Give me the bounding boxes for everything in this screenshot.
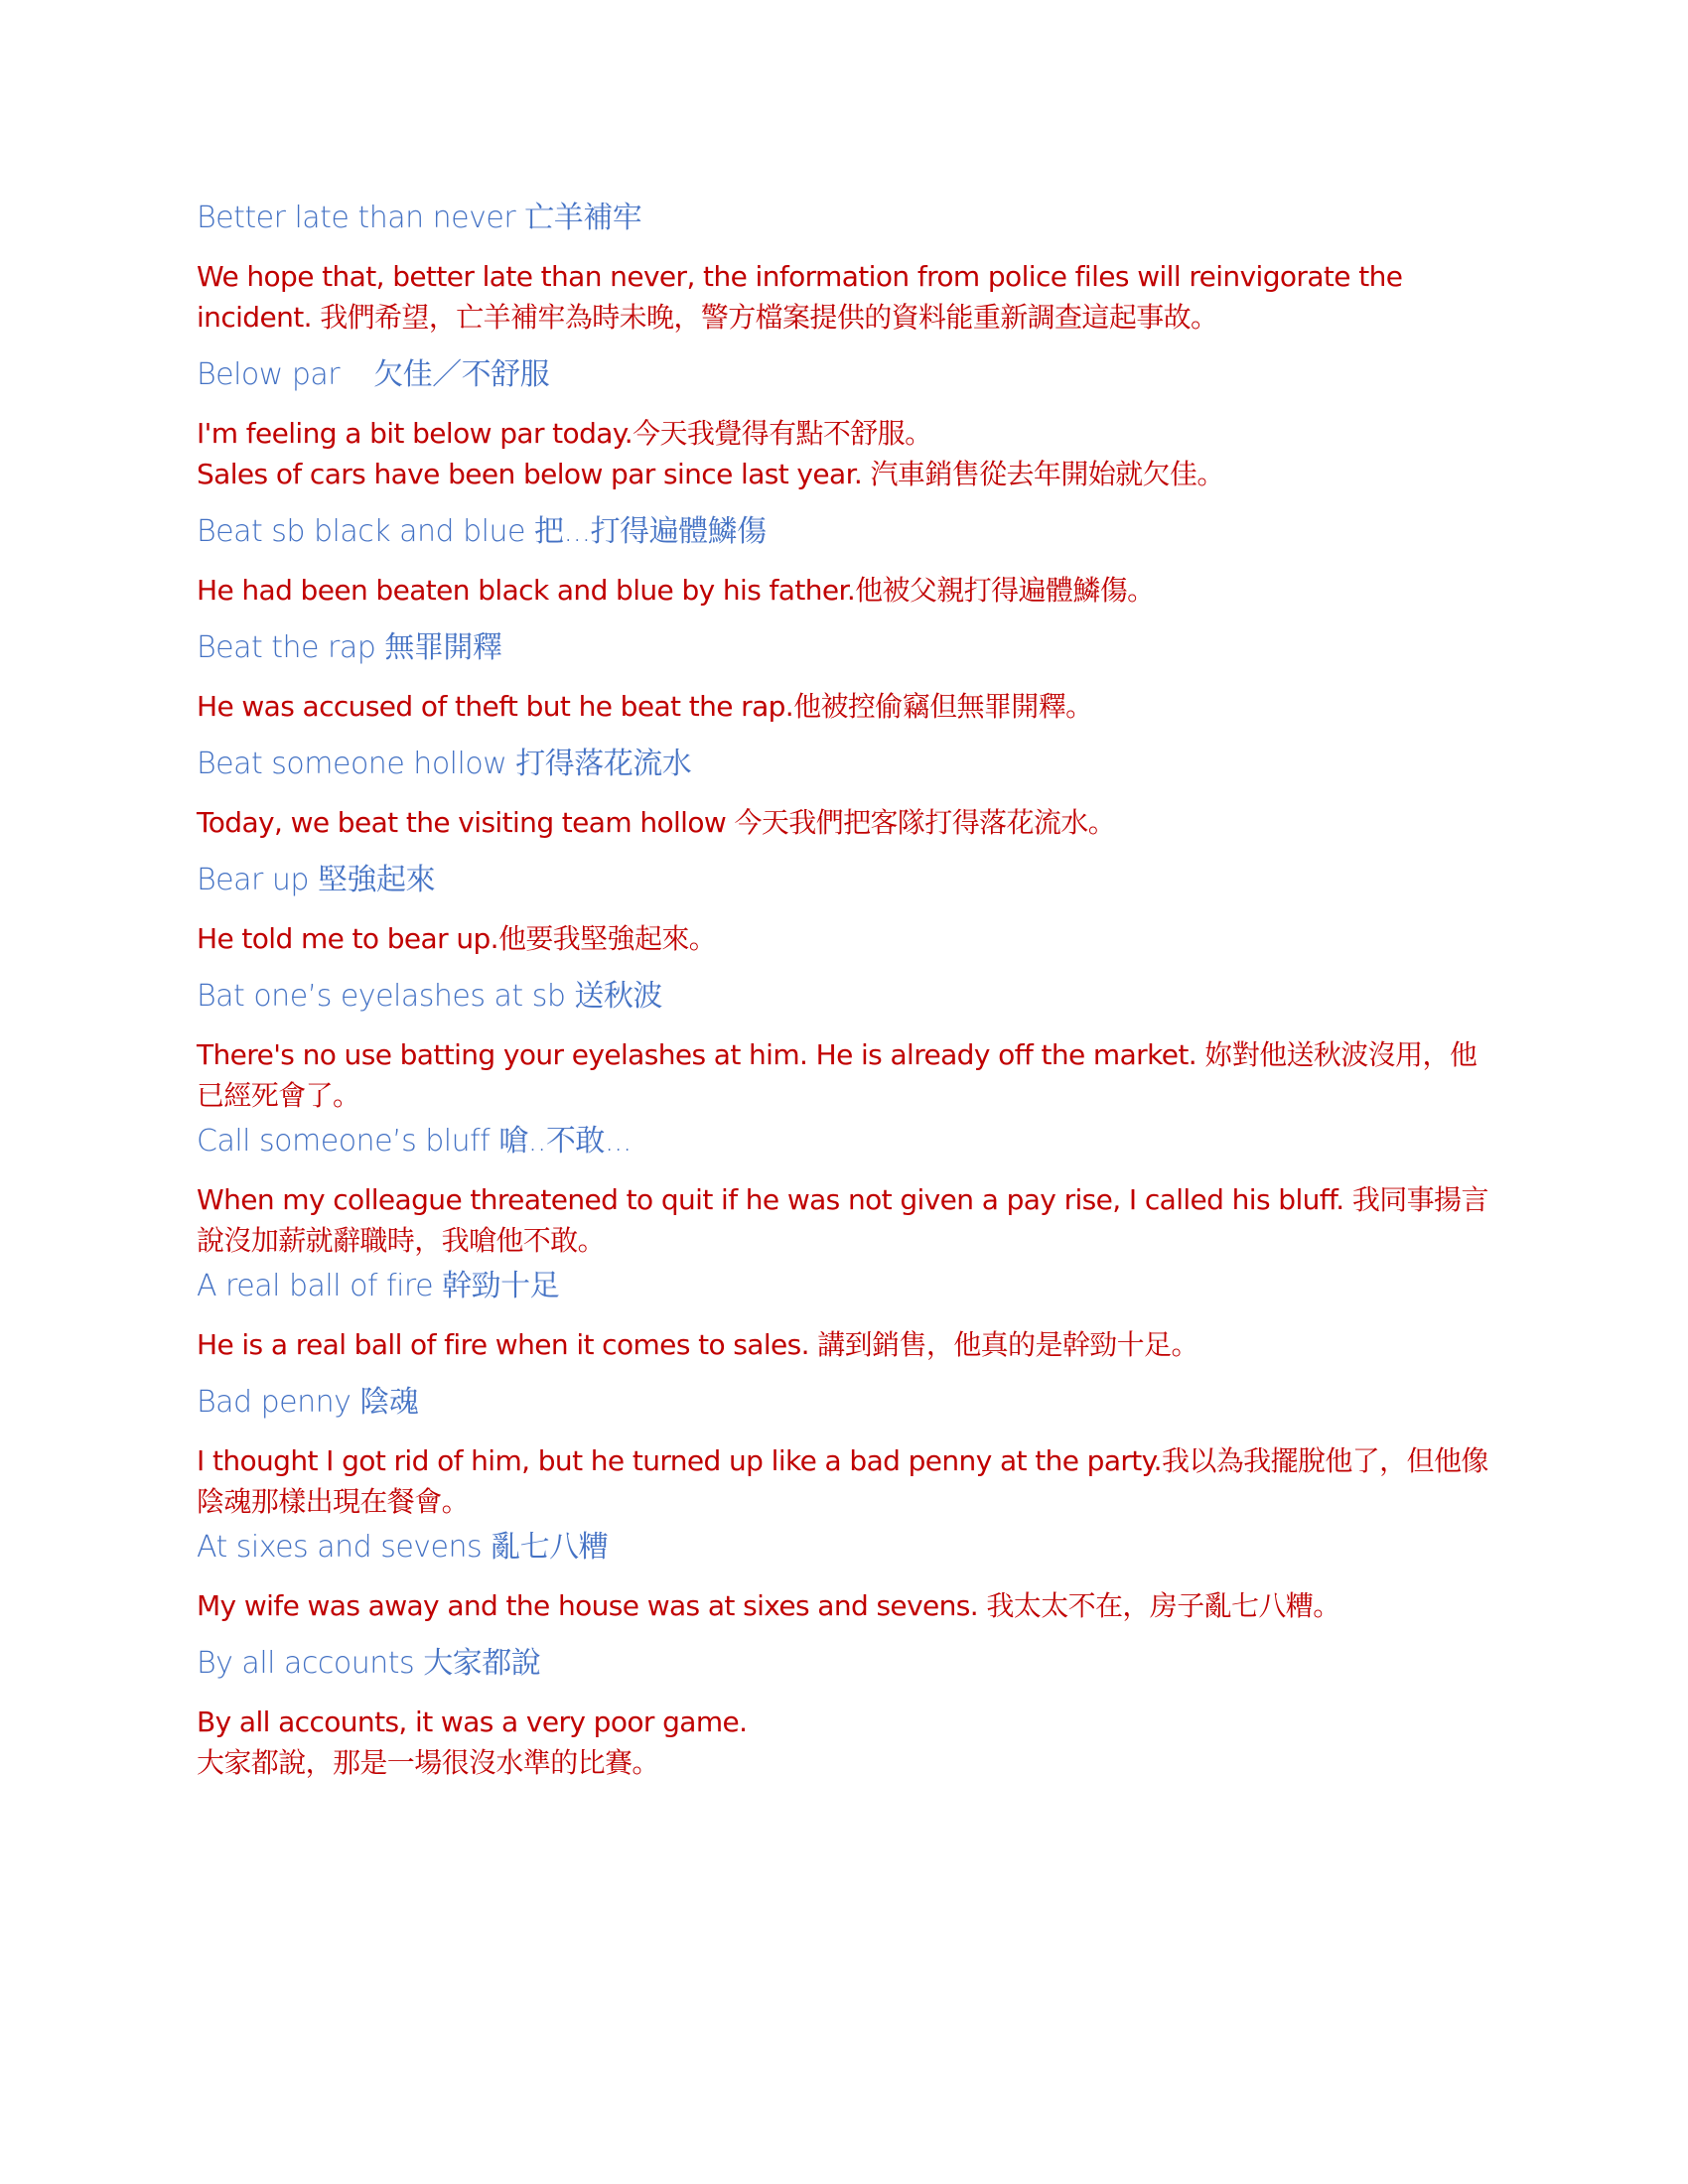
idiom-entry: Beat the rap 無罪開釋 He was accused of thef… [197, 628, 1497, 727]
example-line: By all accounts, it was a very poor game… [197, 1702, 1497, 1742]
idiom-term: Call someone’s bluff 嗆..不敢... [197, 1122, 1497, 1161]
example-line: There's no use batting your eyelashes at… [197, 1034, 1497, 1116]
example-line: He told me to bear up.他要我堅強起來。 [197, 918, 1497, 959]
idiom-example: We hope that, better late than never, th… [197, 256, 1497, 338]
idiom-example: He is a real ball of fire when it comes … [197, 1324, 1497, 1365]
document-page: Better late than never 亡羊補牢 We hope that… [197, 199, 1497, 1801]
idiom-example: My wife was away and the house was at si… [197, 1585, 1497, 1626]
idiom-entry: Bat one’s eyelashes at sb 送秋波 There's no… [197, 977, 1497, 1116]
example-line: My wife was away and the house was at si… [197, 1585, 1497, 1626]
example-line: When my colleague threatened to quit if … [197, 1179, 1497, 1261]
idiom-term: Bear up 堅強起來 [197, 861, 1497, 900]
idiom-entry: Call someone’s bluff 嗆..不敢... When my co… [197, 1122, 1497, 1261]
idiom-entry: A real ball of fire 幹勁十足 He is a real ba… [197, 1267, 1497, 1365]
idiom-entry: Better late than never 亡羊補牢 We hope that… [197, 199, 1497, 338]
idiom-example: I thought I got rid of him, but he turne… [197, 1440, 1497, 1522]
example-line: He had been beaten black and blue by his… [197, 570, 1497, 611]
idiom-example: There's no use batting your eyelashes at… [197, 1034, 1497, 1116]
idiom-term: Beat sb black and blue 把...打得遍體鱗傷 [197, 512, 1497, 552]
idiom-example: Today, we beat the visiting team hollow … [197, 802, 1497, 843]
idiom-example: By all accounts, it was a very poor game… [197, 1702, 1497, 1783]
idiom-term: Bat one’s eyelashes at sb 送秋波 [197, 977, 1497, 1017]
idiom-example: I'm feeling a bit below par today.今天我覺得有… [197, 413, 1497, 494]
idiom-term: By all accounts 大家都說 [197, 1644, 1497, 1684]
example-line: Today, we beat the visiting team hollow … [197, 802, 1497, 843]
idiom-entry: Beat someone hollow 打得落花流水 Today, we bea… [197, 745, 1497, 843]
idiom-entry: Bad penny 陰魂 I thought I got rid of him,… [197, 1383, 1497, 1522]
idiom-term-english: Below par [197, 357, 340, 392]
idiom-example: He had been beaten black and blue by his… [197, 570, 1497, 611]
idiom-term: Bad penny 陰魂 [197, 1383, 1497, 1423]
example-line: He is a real ball of fire when it comes … [197, 1324, 1497, 1365]
idiom-example: When my colleague threatened to quit if … [197, 1179, 1497, 1261]
example-line: Sales of cars have been below par since … [197, 454, 1497, 494]
idiom-example: He was accused of theft but he beat the … [197, 686, 1497, 727]
idiom-example: He told me to bear up.他要我堅強起來。 [197, 918, 1497, 959]
idiom-term: Beat the rap 無罪開釋 [197, 628, 1497, 668]
idiom-term: Beat someone hollow 打得落花流水 [197, 745, 1497, 784]
idiom-term: Below par欠佳／不舒服 [197, 355, 1497, 395]
idiom-entry: Below par欠佳／不舒服 I'm feeling a bit below … [197, 355, 1497, 494]
idiom-entry: By all accounts 大家都說 By all accounts, it… [197, 1644, 1497, 1783]
idiom-entry: At sixes and sevens 亂七八糟 My wife was awa… [197, 1528, 1497, 1626]
idiom-term-chinese: 欠佳／不舒服 [373, 357, 549, 392]
idiom-term: A real ball of fire 幹勁十足 [197, 1267, 1497, 1306]
idiom-entry: Bear up 堅強起來 He told me to bear up.他要我堅強… [197, 861, 1497, 959]
example-line: I'm feeling a bit below par today.今天我覺得有… [197, 413, 1497, 454]
example-line: We hope that, better late than never, th… [197, 256, 1497, 338]
idiom-term: At sixes and sevens 亂七八糟 [197, 1528, 1497, 1568]
idiom-term: Better late than never 亡羊補牢 [197, 199, 1497, 238]
idiom-entry: Beat sb black and blue 把...打得遍體鱗傷 He had… [197, 512, 1497, 611]
example-line: I thought I got rid of him, but he turne… [197, 1440, 1497, 1522]
example-line: He was accused of theft but he beat the … [197, 686, 1497, 727]
example-line: 大家都說，那是一場很沒水準的比賽。 [197, 1742, 1497, 1783]
